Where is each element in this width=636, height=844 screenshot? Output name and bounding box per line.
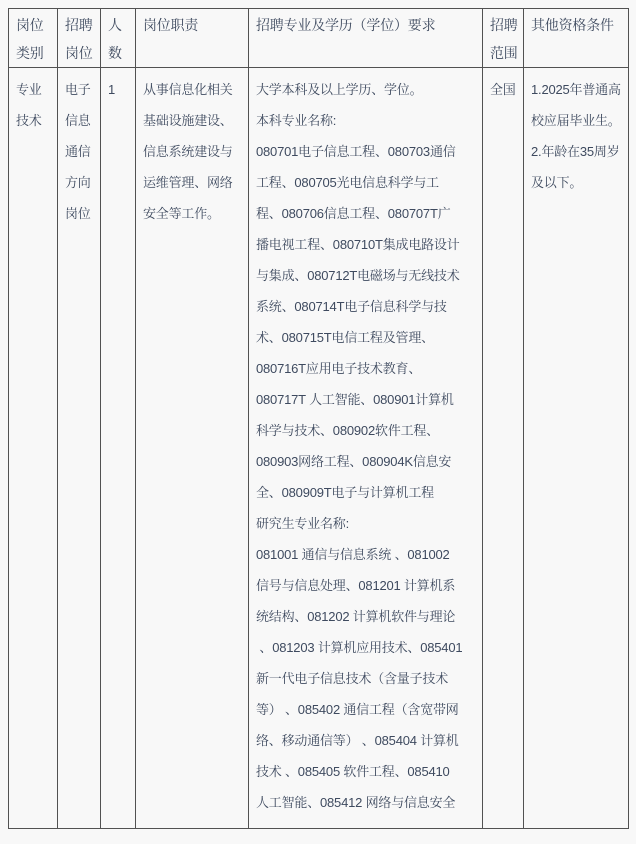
- header-cell-position: 招聘 岗位: [58, 9, 101, 68]
- header-cell-other: 其他资格条件: [524, 9, 629, 68]
- header-row: 岗位 类别 招聘 岗位 人 数 岗位职责 招聘专业及学历（学位）要求 招聘 范围…: [9, 9, 629, 68]
- cell-requirements: 大学本科及以上学历、学位。 本科专业名称: 080701电子信息工程、08070…: [249, 68, 483, 829]
- cell-scope: 全国: [483, 68, 524, 829]
- header-cell-duties: 岗位职责: [136, 9, 249, 68]
- page: 岗位 类别 招聘 岗位 人 数 岗位职责 招聘专业及学历（学位）要求 招聘 范围…: [0, 0, 636, 844]
- table-row: 专业 技术 电子 信息 通信 方向 岗位 1 从事信息化相关 基础设施建设、 信…: [9, 68, 629, 829]
- cell-other-qualifications: 1.2025年普通高 校应届毕业生。 2.年龄在35周岁 及以下。: [524, 68, 629, 829]
- header-cell-requirements: 招聘专业及学历（学位）要求: [249, 9, 483, 68]
- header-cell-category: 岗位 类别: [9, 9, 58, 68]
- cell-duties: 从事信息化相关 基础设施建设、 信息系统建设与 运维管理、网络 安全等工作。: [136, 68, 249, 829]
- header-cell-scope: 招聘 范围: [483, 9, 524, 68]
- header-cell-headcount: 人 数: [101, 9, 136, 68]
- cell-headcount: 1: [101, 68, 136, 829]
- job-posting-table: 岗位 类别 招聘 岗位 人 数 岗位职责 招聘专业及学历（学位）要求 招聘 范围…: [8, 8, 629, 829]
- cell-category: 专业 技术: [9, 68, 58, 829]
- cell-position: 电子 信息 通信 方向 岗位: [58, 68, 101, 829]
